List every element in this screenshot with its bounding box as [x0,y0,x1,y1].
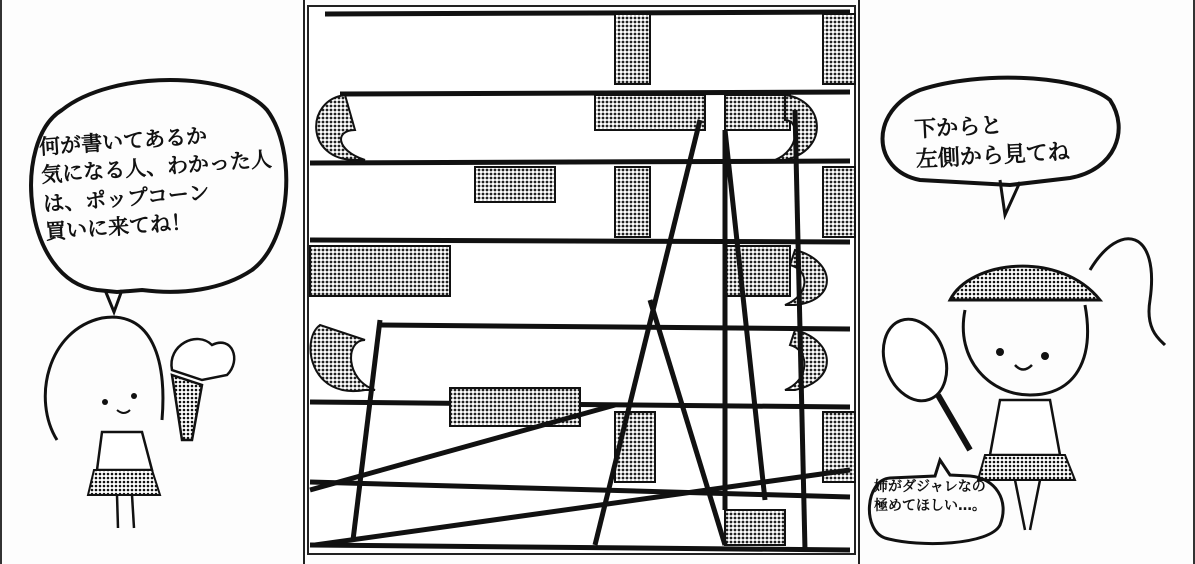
aside-speech-text: 姉がダジャレなの 極めてほしい…。 [874,478,1009,516]
panel-middle [305,0,858,564]
right-speech-text: 下からと 左側から見てね [914,104,1137,175]
tennis-racket-icon [872,310,957,409]
left-panel-art [2,0,307,564]
visor-icon [950,266,1100,300]
girl-hair [45,317,163,440]
panel-right: 下からと 左側から見てね 姉がダジャレなの 極めてほしい…。 [858,0,1195,564]
left-speech-text: 何が書いてあるか 気になる人、わかった人 は、ポップコーン 買いに来てね！ [38,117,280,246]
popcorn-cup-icon [172,375,202,440]
panel-left: 何が書いてあるか 気になる人、わかった人 は、ポップコーン 買いに来てね！ [0,0,305,564]
illusion-lettering-art [305,0,858,564]
